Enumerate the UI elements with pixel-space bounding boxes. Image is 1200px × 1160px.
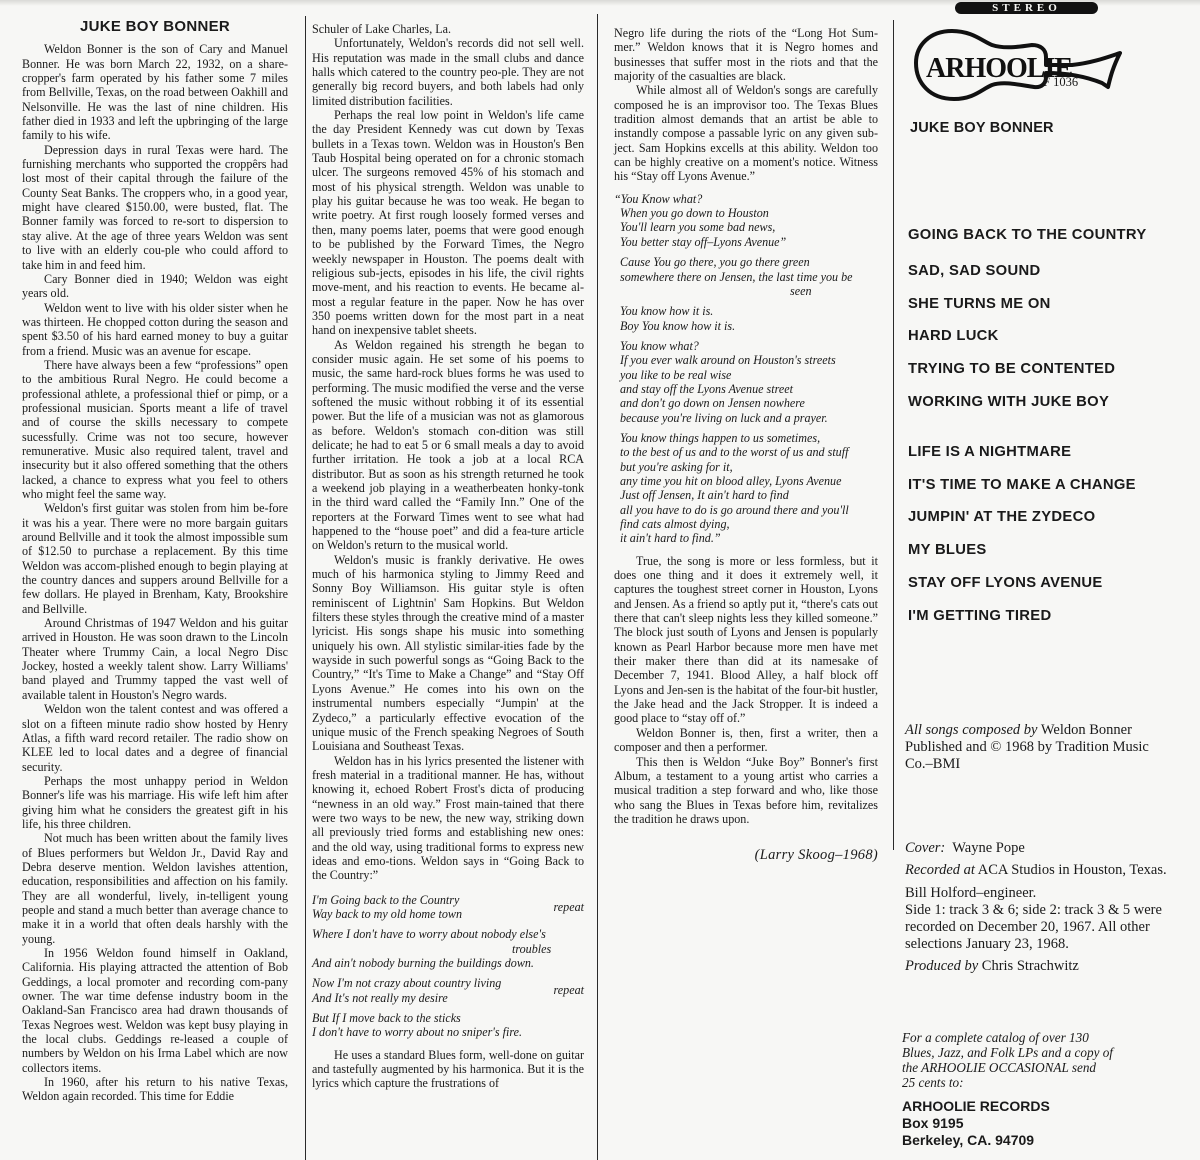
album-title: JUKE BOY BONNER: [910, 120, 1054, 136]
paragraph: He uses a standard Blues form, well-done…: [312, 1048, 584, 1091]
lyric-line: but you're asking for it,: [620, 460, 878, 474]
paragraph: Weldon Bonner is the son of Cary and Man…: [22, 42, 288, 142]
track-side1-6: WORKING WITH JUKE BOY: [908, 394, 1109, 410]
lyric-line: to the best of us and to the worst of us…: [620, 445, 878, 459]
repeat-marker: repeat: [554, 983, 584, 997]
paragraph: True, the song is more or less formless,…: [614, 554, 878, 726]
lyric-line: and don't go down on Jensen nowhere: [620, 396, 878, 410]
lyric-stanza: repeat Now I'm not crazy about country l…: [312, 976, 584, 1005]
address-city: Berkeley, CA. 94709: [902, 1132, 1050, 1149]
cover-label: Cover:: [905, 840, 945, 856]
lyric-stanza: “You Know what? When you go down to Hous…: [614, 192, 878, 249]
paragraph: Weldon Bonner is, then, first a writer, …: [614, 726, 878, 755]
track-side2-1: LIFE IS A NIGHTMARE: [908, 444, 1071, 460]
track-side1-3: SHE TURNS ME ON: [908, 296, 1051, 312]
session-notes: Side 1: track 3 & 6; side 2: track 3 & 5…: [905, 902, 1175, 953]
paragraph: Weldon went to live with his older siste…: [22, 301, 288, 358]
stereo-badge: STEREO: [955, 2, 1098, 14]
catalog-offer-line: Blues, Jazz, and Folk LPs and a copy of: [902, 1045, 1113, 1060]
lyric-stanza: Where I don't have to worry about nobody…: [312, 927, 584, 970]
lyric-line: And It's not really my desire: [312, 991, 584, 1005]
paragraph: Weldon won the talent contest and was of…: [22, 702, 288, 774]
lyric-line: because you're living on luck and a pray…: [620, 411, 878, 425]
lyric-line: You know how it is.: [620, 304, 878, 318]
lyric-line: and stay off the Lyons Avenue street: [620, 382, 878, 396]
column-divider-1: [305, 16, 306, 1160]
liner-notes-column-1: JUKE BOY BONNER Weldon Bonner is the son…: [22, 0, 288, 1104]
songwriting-credits: All songs composed by Weldon Bonner Publ…: [905, 722, 1175, 773]
lyric-stanza: Cause You go there, you go there green s…: [614, 255, 878, 298]
lyric-line: But If I move back to the sticks: [312, 1011, 584, 1025]
lyric-line: You know things happen to us sometimes,: [620, 431, 878, 445]
track-side1-1: GOING BACK TO THE COUNTRY: [908, 227, 1147, 243]
lyric-line: it ain't hard to find.”: [620, 531, 878, 545]
recorded-place: ACA Studios in Houston, Texas.: [978, 862, 1167, 878]
lyric-line: any time you hit on blood alley, Lyons A…: [620, 474, 878, 488]
lyric-line: seen: [620, 284, 878, 298]
cover-artist: Wayne Pope: [952, 840, 1025, 856]
track-side1-4: HARD LUCK: [908, 328, 999, 344]
paragraph: While almost all of Weldon's songs are c…: [614, 83, 878, 183]
track-side1-2: SAD, SAD SOUND: [908, 263, 1040, 279]
paragraph: Perhaps the most unhappy period in Weldo…: [22, 774, 288, 831]
catalog-offer: For a complete catalog of over 130 Blues…: [902, 1030, 1113, 1090]
track-side2-3: JUMPIN' AT THE ZYDECO: [908, 509, 1095, 525]
lyric-line: find cats almost dying,: [620, 517, 878, 531]
paragraph: Negro life during the riots of the “Long…: [614, 26, 878, 83]
paragraph: In 1960, after his return to his native …: [22, 1075, 288, 1104]
lyric-stanza: You know what? If you ever walk around o…: [614, 339, 878, 425]
liner-notes-column-3: Negro life during the riots of the “Long…: [614, 26, 878, 863]
column-divider-2: [597, 14, 598, 1160]
address-box: Box 9195: [902, 1115, 1050, 1132]
producer-name: Chris Strachwitz: [982, 958, 1079, 974]
paragraph: Around Christmas of 1947 Weldon and his …: [22, 616, 288, 702]
paragraph: Depression days in rural Texas were hard…: [22, 143, 288, 272]
lyric-stanza: repeat I'm Going back to the Country Way…: [312, 893, 584, 922]
track-side2-2: IT'S TIME TO MAKE A CHANGE: [908, 477, 1136, 493]
paragraph: There have always been a few “profession…: [22, 358, 288, 501]
paragraph: Unfortunately, Weldon's records did not …: [312, 36, 584, 108]
lyric-line: Where I don't have to worry about nobody…: [312, 927, 584, 941]
lyric-line: Just off Jensen, It ain't hard to find: [620, 488, 878, 502]
composer-name: Weldon Bonner: [1041, 722, 1132, 738]
catalog-offer-line: For a complete catalog of over 130: [902, 1030, 1113, 1045]
lyric-line: you like to be real wise: [620, 368, 878, 382]
catalog-number: F 1036: [1043, 75, 1078, 90]
paragraph: Perhaps the real low point in Weldon's l…: [312, 108, 584, 338]
article-title: JUKE BOY BONNER: [22, 20, 288, 34]
track-side2-5: STAY OFF LYONS AVENUE: [908, 575, 1103, 591]
paragraph: Weldon has in his lyrics presented the l…: [312, 754, 584, 883]
lyric-line: I don't have to worry about no sniper's …: [312, 1025, 584, 1039]
track-side1-5: TRYING TO BE CONTENTED: [908, 361, 1115, 377]
paragraph: Schuler of Lake Charles, La.: [312, 22, 584, 36]
production-credits: Cover: Wayne Pope Recorded at ACA Studio…: [905, 840, 1175, 975]
lyric-line: You'll learn you some bad news,: [614, 220, 878, 234]
liner-notes-column-2: Schuler of Lake Charles, La. Unfortunate…: [312, 22, 584, 1091]
recorded-label: Recorded at: [905, 862, 975, 878]
produced-label: Produced by: [905, 958, 978, 974]
lyric-line: Boy You know how it is.: [620, 319, 878, 333]
lyric-line: all you have to do is go around there an…: [620, 503, 878, 517]
catalog-offer-line: 25 cents to:: [902, 1075, 1113, 1090]
lyric-line: If you ever walk around on Houston's str…: [620, 353, 878, 367]
paragraph: Weldon's music is frankly derivative. He…: [312, 553, 584, 754]
lyric-line: somewhere there on Jensen, the last time…: [620, 270, 878, 284]
engineer-credit: Bill Holford–engineer.: [905, 885, 1175, 902]
catalog-offer-line: the ARHOOLIE OCCASIONAL send: [902, 1060, 1113, 1075]
lyric-line: Now I'm not crazy about country living: [312, 976, 584, 990]
lyric-stanza: You know things happen to us sometimes, …: [614, 431, 878, 546]
lyric-line: “You Know what?: [614, 192, 878, 206]
address-company: ARHOOLIE RECORDS: [902, 1098, 1050, 1115]
lyric-line: Way back to my old home town: [312, 907, 584, 921]
paragraph: This then is Weldon “Juke Boy” Bonner's …: [614, 755, 878, 827]
paragraph: As Weldon regained his strength he began…: [312, 338, 584, 553]
lyric-line: You better stay off–Lyons Avenue”: [614, 235, 878, 249]
composed-label: All songs composed by: [905, 722, 1038, 738]
paragraph: Cary Bonner died in 1940; Weldon was eig…: [22, 272, 288, 301]
paragraph: Weldon's first guitar was stolen from hi…: [22, 501, 288, 616]
track-side2-4: MY BLUES: [908, 542, 987, 558]
lyric-line: And ain't nobody burning the buildings d…: [312, 956, 584, 970]
lyric-line: When you go down to Houston: [614, 206, 878, 220]
publishing-info: Published and © 1968 by Tradition Music …: [905, 739, 1149, 772]
column-divider-3: [893, 20, 894, 850]
paragraph: Not much has been written about the fami…: [22, 831, 288, 946]
lyric-line: I'm Going back to the Country: [312, 893, 584, 907]
author-signoff: (Larry Skoog–1968): [614, 848, 878, 862]
arhoolie-guitar-logo-icon: ARHOOLIE: [912, 25, 1122, 105]
lyric-line: troubles: [312, 942, 584, 956]
lyric-stanza: You know how it is. Boy You know how it …: [614, 304, 878, 333]
track-side2-6: I'M GETTING TIRED: [908, 608, 1051, 624]
repeat-marker: repeat: [554, 900, 584, 914]
lyric-line: You know what?: [620, 339, 878, 353]
lyric-line: Cause You go there, you go there green: [620, 255, 878, 269]
mailing-address: ARHOOLIE RECORDS Box 9195 Berkeley, CA. …: [902, 1098, 1050, 1149]
paragraph: In 1956 Weldon found himself in Oakland,…: [22, 946, 288, 1075]
lyric-stanza: But If I move back to the sticks I don't…: [312, 1011, 584, 1040]
